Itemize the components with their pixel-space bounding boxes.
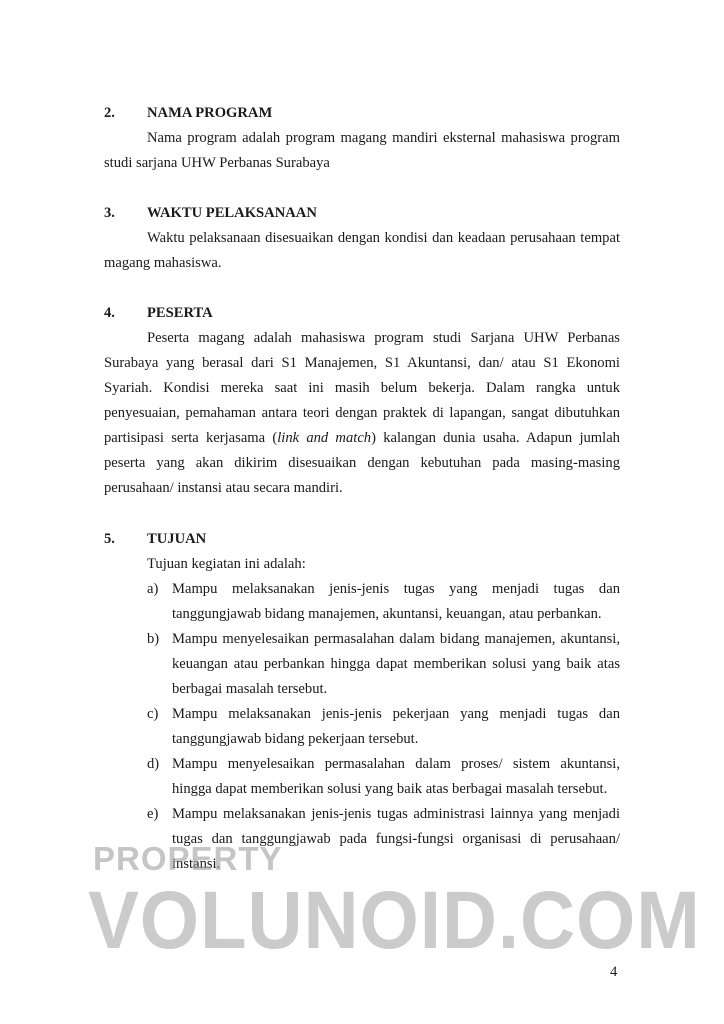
section-number: 2. [104, 101, 115, 126]
section-heading: 5. TUJUAN [104, 527, 620, 552]
list-item: b) Mampu menyelesaikan permasalahan dala… [104, 627, 620, 702]
section-waktu-pelaksanaan: 3. WAKTU PELAKSANAAN Waktu pelaksanaan d… [104, 201, 620, 276]
section-heading: 3. WAKTU PELAKSANAAN [104, 201, 620, 226]
section-nama-program: 2. NAMA PROGRAM Nama program adalah prog… [104, 101, 620, 176]
section-intro: Tujuan kegiatan ini adalah: [104, 552, 620, 577]
list-item-label: c) [147, 702, 158, 727]
list-item-text: Mampu melaksanakan jenis-jenis tugas yan… [172, 577, 620, 627]
list-item-label: a) [147, 577, 158, 602]
section-tujuan: 5. TUJUAN Tujuan kegiatan ini adalah: a)… [104, 527, 620, 877]
section-body: Peserta magang adalah mahasiswa program … [104, 326, 620, 501]
section-number: 5. [104, 527, 115, 552]
page-number: 4 [610, 962, 617, 982]
list-item-text: Mampu menyelesaikan permasalahan dalam b… [172, 627, 620, 702]
section-heading: 4. PESERTA [104, 301, 620, 326]
section-title: WAKTU PELAKSANAAN [147, 201, 317, 226]
list-item-label: e) [147, 802, 158, 827]
list-item: d) Mampu menyelesaikan permasalahan dala… [104, 752, 620, 802]
section-peserta: 4. PESERTA Peserta magang adalah mahasis… [104, 301, 620, 501]
italic-term: link and match [277, 430, 371, 446]
list-item-text: Mampu melaksanakan jenis-jenis tugas adm… [172, 802, 620, 877]
section-title: PESERTA [147, 301, 213, 326]
objectives-list: a) Mampu melaksanakan jenis-jenis tugas … [104, 577, 620, 877]
list-item-text: Mampu melaksanakan jenis-jenis pekerjaan… [172, 702, 620, 752]
section-body: Waktu pelaksanaan disesuaikan dengan kon… [104, 226, 620, 276]
document-page: 2. NAMA PROGRAM Nama program adalah prog… [0, 0, 724, 1024]
body-text: Peserta magang adalah mahasiswa program … [104, 330, 620, 446]
list-item-text: Mampu menyelesaikan permasalahan dalam p… [172, 752, 620, 802]
section-heading: 2. NAMA PROGRAM [104, 101, 620, 126]
list-item: c) Mampu melaksanakan jenis-jenis pekerj… [104, 702, 620, 752]
section-title: NAMA PROGRAM [147, 101, 272, 126]
list-item: e) Mampu melaksanakan jenis-jenis tugas … [104, 802, 620, 877]
section-number: 4. [104, 301, 115, 326]
list-item-label: d) [147, 752, 159, 777]
watermark-volunoid: VOLUNOID.COM [88, 880, 701, 962]
section-title: TUJUAN [147, 527, 206, 552]
section-number: 3. [104, 201, 115, 226]
list-item: a) Mampu melaksanakan jenis-jenis tugas … [104, 577, 620, 627]
list-item-label: b) [147, 627, 159, 652]
section-body: Nama program adalah program magang mandi… [104, 126, 620, 176]
